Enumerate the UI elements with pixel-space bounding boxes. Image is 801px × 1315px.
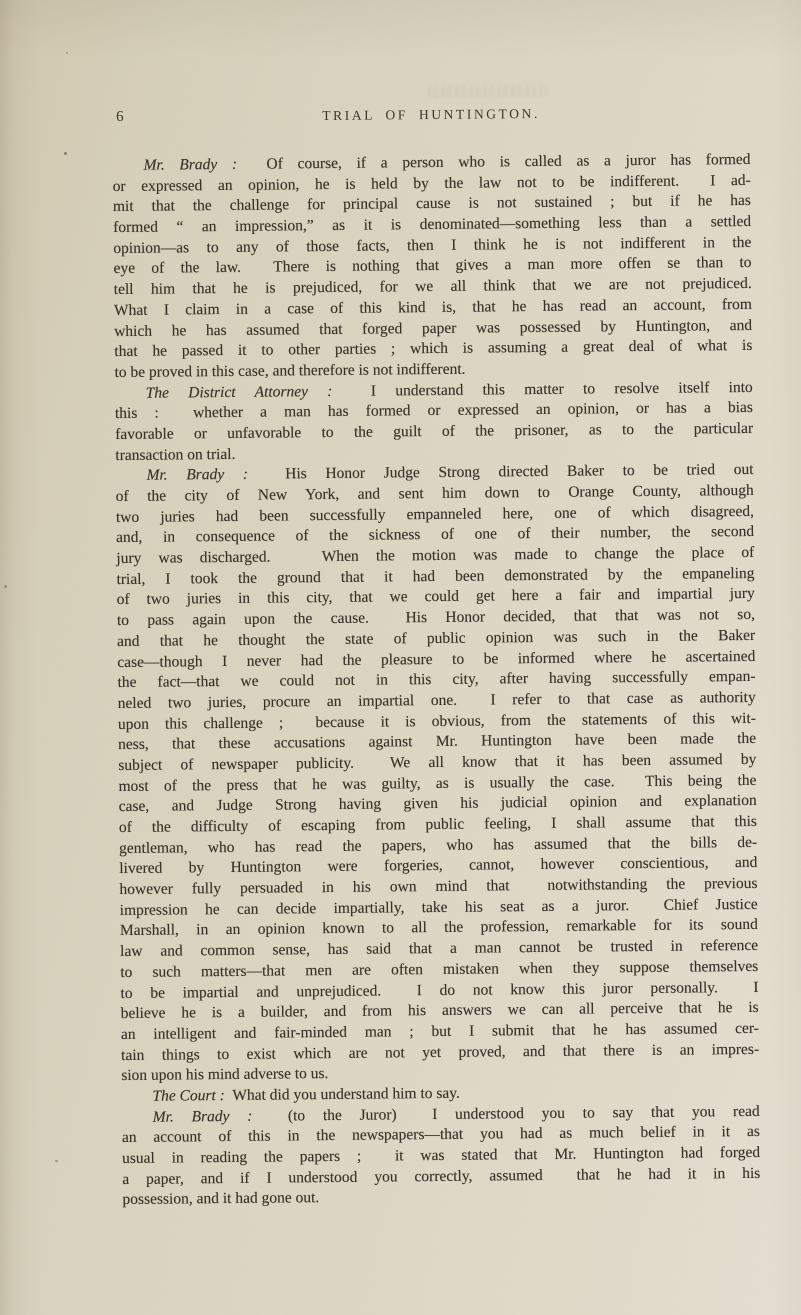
transcript: Mr. Brady : Of course, if a person who i… (112, 150, 760, 1211)
speaker-label: The Court : (152, 1087, 225, 1105)
book-page-scan: 6 TRIAL OF HUNTINGTON. Mr. Brady : Of co… (0, 0, 801, 1315)
speaker-label: The District Attorney : (146, 383, 333, 402)
running-header-title: TRIAL OF HUNTINGTON. (112, 103, 750, 127)
speaker-label: Mr. Brady : (146, 466, 248, 484)
paper-speck (66, 52, 68, 54)
speaker-label: Mr. Brady : (153, 1107, 253, 1125)
paper-speck (4, 585, 7, 588)
running-header-row: 6 TRIAL OF HUNTINGTON. (112, 102, 750, 156)
paper-speck (64, 152, 67, 155)
page-content: 6 TRIAL OF HUNTINGTON. Mr. Brady : Of co… (112, 102, 761, 1211)
ink-show-through (428, 84, 548, 98)
speaker-label: Mr. Brady : (143, 156, 237, 174)
paper-speck (55, 1160, 58, 1162)
